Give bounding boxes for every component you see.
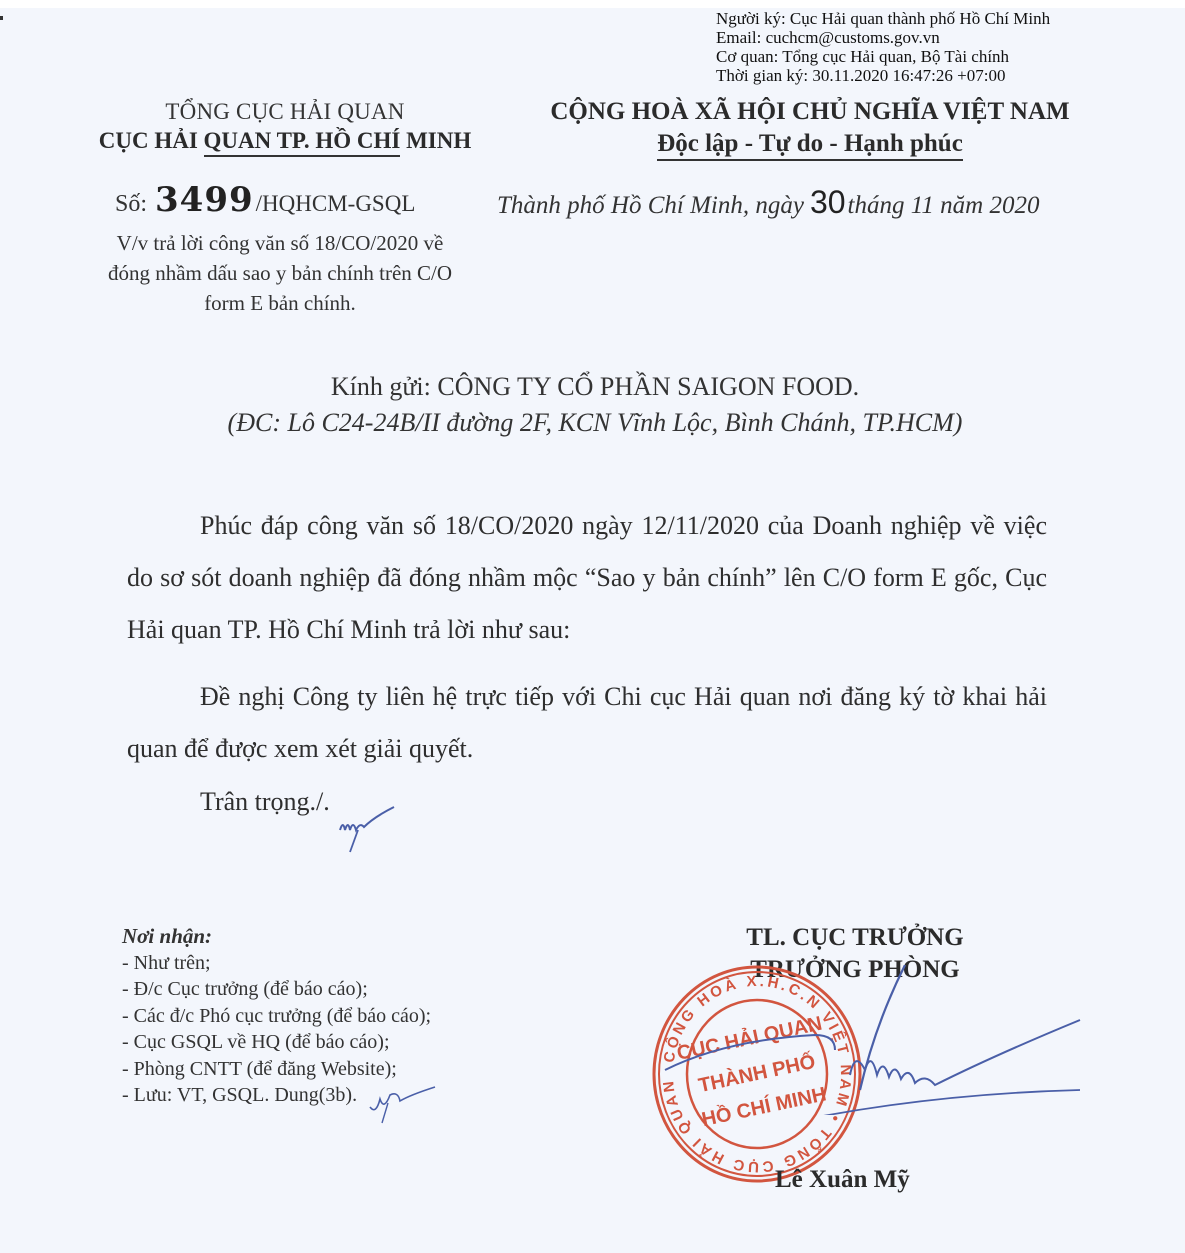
signer-name: Lê Xuân Mỹ: [775, 1166, 910, 1194]
signature-signer: Người ký: Cục Hải quan thành phố Hồ Chí …: [716, 9, 1050, 28]
digital-signature-info: Người ký: Cục Hải quan thành phố Hồ Chí …: [716, 9, 1050, 85]
national-header: CỘNG HOÀ XÃ HỘI CHỦ NGHĨA VIỆT NAM Độc l…: [530, 96, 1090, 161]
clerk-initials-icon: [368, 1085, 438, 1125]
date-suffix: tháng 11 năm 2020: [848, 192, 1040, 219]
subject-line: V/v trả lời công văn số 18/CO/2020 về: [60, 228, 500, 258]
national-motto: Độc lập - Tự do - Hạnh phúc: [530, 128, 1090, 161]
distribution-item: - Đ/c Cục trưởng (để báo cáo);: [122, 976, 431, 1003]
document-number: Số:3499/HQHCM-GSQL: [115, 180, 415, 220]
letter-body: Phúc đáp công văn số 18/CO/2020 ngày 12/…: [127, 500, 1047, 775]
issue-date: Thành phố Hồ Chí Minh, ngày30tháng 11 nă…: [497, 184, 1039, 221]
distribution-title: Nơi nhận:: [122, 923, 431, 950]
addressee-address: (ĐC: Lô C24-24B/II đường 2F, KCN Vĩnh Lộ…: [170, 404, 1020, 442]
agency-name-part: MINH: [400, 128, 471, 153]
signer-role-1: TL. CỤC TRƯỞNG: [690, 922, 1020, 954]
closing-regards: Trân trọng./.: [200, 787, 330, 817]
distribution-item: - Phòng CNTT (để đăng Website);: [122, 1056, 431, 1083]
subject-line: form E bản chính.: [60, 288, 500, 318]
document-number-value: 3499: [155, 180, 254, 220]
page-top-margin: [0, 0, 1185, 8]
agency-name: CỤC HẢI QUAN TP. HỒ CHÍ MINH: [60, 126, 510, 157]
body-paragraph-2: Đề nghị Công ty liên hệ trực tiếp với Ch…: [127, 671, 1047, 775]
subject-summary: V/v trả lời công văn số 18/CO/2020 về đó…: [60, 228, 500, 318]
agency-name-part: CỤC HẢI: [99, 128, 204, 153]
subject-line: đóng nhầm dấu sao y bản chính trên C/O: [60, 258, 500, 288]
issuing-agency-header: TỔNG CỤC HẢI QUAN CỤC HẢI QUAN TP. HỒ CH…: [60, 98, 510, 157]
signature-time: Thời gian ký: 30.11.2020 16:47:26 +07:00: [716, 66, 1050, 85]
distribution-list: Nơi nhận: - Như trên; - Đ/c Cục trưởng (…: [122, 923, 431, 1109]
distribution-item: - Các đ/c Phó cục trưởng (để báo cáo);: [122, 1003, 431, 1030]
handwritten-signature-icon: [640, 965, 1100, 1115]
addressee-name: Kính gửi: CÔNG TY CỔ PHẦN SAIGON FOOD.: [170, 370, 1020, 404]
parent-agency: TỔNG CỤC HẢI QUAN: [60, 98, 510, 126]
signature-agency: Cơ quan: Tổng cục Hải quan, Bộ Tài chính: [716, 47, 1050, 66]
distribution-item: - Cục GSQL về HQ (để báo cáo);: [122, 1029, 431, 1056]
date-day: 30: [810, 184, 846, 220]
document-number-label: Số:: [115, 191, 147, 217]
distribution-item: - Như trên;: [122, 950, 431, 977]
signature-email: Email: cuchcm@customs.gov.vn: [716, 28, 1050, 47]
country-name: CỘNG HOÀ XÃ HỘI CHỦ NGHĨA VIỆT NAM: [530, 96, 1090, 128]
agency-name-underlined: QUAN TP. HỒ CHÍ: [204, 127, 401, 157]
addressee: Kính gửi: CÔNG TY CỔ PHẦN SAIGON FOOD. (…: [170, 370, 1020, 442]
document-number-code: /HQHCM-GSQL: [256, 191, 416, 216]
scan-speck: [0, 16, 3, 20]
date-prefix: Thành phố Hồ Chí Minh, ngày: [497, 192, 804, 219]
motto-text: Độc lập - Tự do - Hạnh phúc: [657, 129, 963, 161]
initials-signature-icon: [330, 800, 400, 855]
body-paragraph-1: Phúc đáp công văn số 18/CO/2020 ngày 12/…: [127, 500, 1047, 656]
